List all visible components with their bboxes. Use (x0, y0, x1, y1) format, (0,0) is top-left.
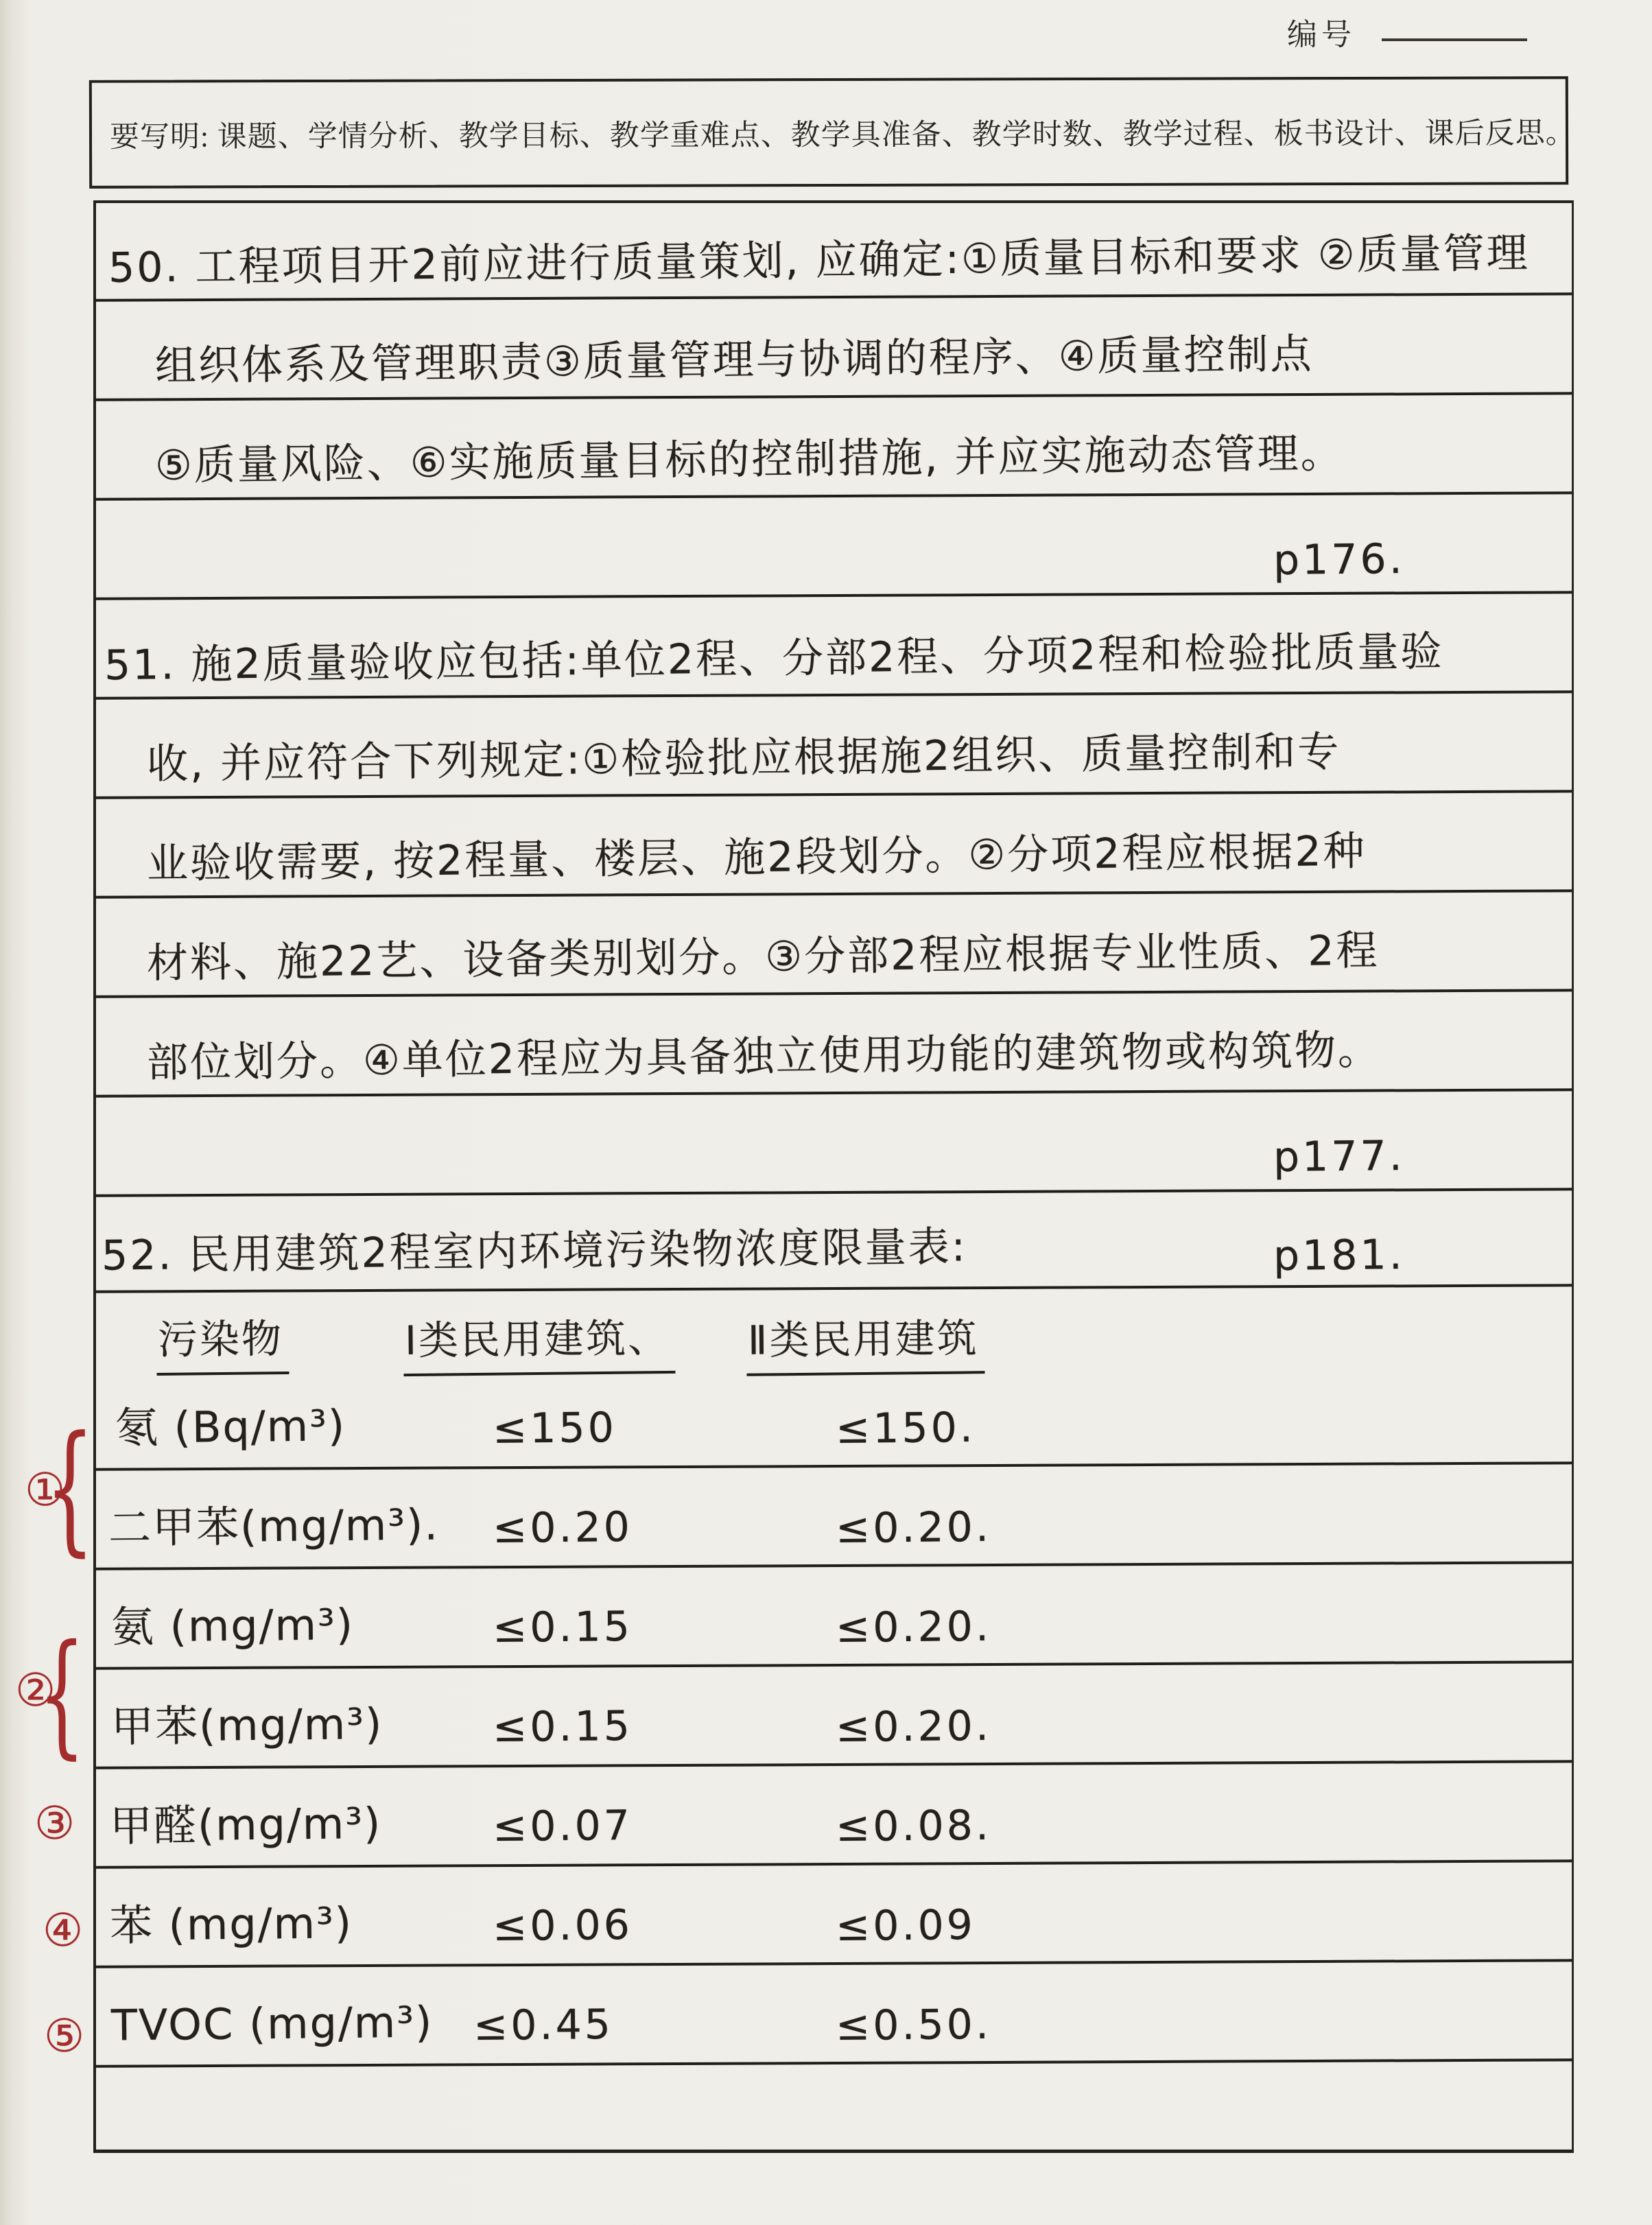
instruction-text: 要写明: 课题、学情分析、教学目标、教学重难点、教学具准备、教学时数、教学过程、… (92, 110, 1576, 156)
note-52-title: 52. 民用建筑2程室内环境污染物浓度限量表: (102, 1212, 968, 1290)
note-51-line-4: 材料、施22艺、设备类别划分。③分部2程应根据专业性质、2程 (147, 917, 1380, 998)
page-number-label: 编号 (1287, 10, 1356, 54)
table-row-formaldehyde-class1: ≤0.07 (492, 1791, 633, 1861)
table-row-xylene-class2: ≤0.20. (835, 1493, 991, 1563)
table-row-toluene-class1: ≤0.15 (492, 1692, 633, 1762)
table-row-ammonia-class2: ≤0.20. (835, 1592, 991, 1662)
table-row-formaldehyde-class2: ≤0.08. (835, 1791, 991, 1861)
table-header-class2: Ⅱ类民用建筑 (746, 1306, 984, 1376)
red-mark-1: ① (25, 1465, 65, 1515)
table-header-class1: Ⅰ类民用建筑、 (403, 1306, 675, 1376)
page-number-blank-line (1382, 38, 1527, 41)
table-row-tvoc-class1: ≤0.45 (473, 1990, 613, 2060)
table-row-formaldehyde-name: 甲醛(mg/m³) (109, 1788, 381, 1862)
table-row-radon-name: 氡 (Bq/m³) (115, 1390, 346, 1464)
table-row-benzene-name: 苯 (mg/m³) (109, 1887, 353, 1962)
table-row-ammonia-name: 氨 (mg/m³) (110, 1589, 354, 1663)
table-row-tvoc-class2: ≤0.50. (835, 1990, 991, 2060)
table-row-toluene-name: 甲苯(mg/m³) (110, 1688, 383, 1763)
scanned-notes-page: 编号 要写明: 课题、学情分析、教学目标、教学重难点、教学具准备、教学时数、教学… (0, 0, 1652, 2225)
table-row-toluene-class2: ≤0.20. (835, 1692, 991, 1762)
note-51-line-5: 部位划分。④单位2程应为具备独立使用功能的建筑物或构筑物。 (147, 1016, 1382, 1098)
red-mark-3: ③ (34, 1799, 75, 1848)
note-50-page-ref: p176. (1273, 526, 1406, 593)
note-50-line-2: 组织体系及管理职责③质量管理与协调的程序、④质量控制点 (155, 320, 1314, 401)
note-51-line-2: 收, 并应符合下列规定:①检验批应根据施2组织、质量控制和专 (147, 718, 1341, 799)
table-row-ammonia-class1: ≤0.15 (492, 1592, 633, 1662)
note-51-line-1: 51. 施2质量验收应包括:单位2程、分部2程、分项2程和检验批质量验 (104, 617, 1444, 700)
table-header-pollutant: 污染物 (156, 1307, 289, 1376)
table-row-xylene-name: 二甲苯(mg/m³). (108, 1489, 439, 1564)
table-row-radon-class1: ≤150 (492, 1393, 617, 1463)
table-row-radon-class2: ≤150. (835, 1393, 976, 1463)
table-row-benzene-class1: ≤0.06 (492, 1891, 633, 1961)
red-mark-4: ④ (43, 1906, 83, 1955)
table-row-tvoc-name: TVOC (mg/m³) (110, 1987, 433, 2062)
instruction-box: 要写明: 课题、学情分析、教学目标、教学重难点、教学具准备、教学时数、教学过程、… (89, 76, 1568, 189)
note-50-line-3: ⑤质量风险、⑥实施质量目标的控制措施, 并应实施动态管理。 (155, 419, 1345, 500)
red-mark-2: ② (15, 1666, 56, 1715)
table-row-xylene-class1: ≤0.20 (492, 1493, 633, 1563)
note-52-page-ref: p181. (1273, 1222, 1406, 1289)
note-51-page-ref: p177. (1273, 1123, 1406, 1190)
note-51-line-3: 业验收需要, 按2程量、楼层、施2段划分。②分项2程应根据2种 (147, 817, 1367, 899)
red-mark-5: ⑤ (44, 2012, 84, 2061)
table-row-benzene-class2: ≤0.09 (835, 1891, 976, 1961)
